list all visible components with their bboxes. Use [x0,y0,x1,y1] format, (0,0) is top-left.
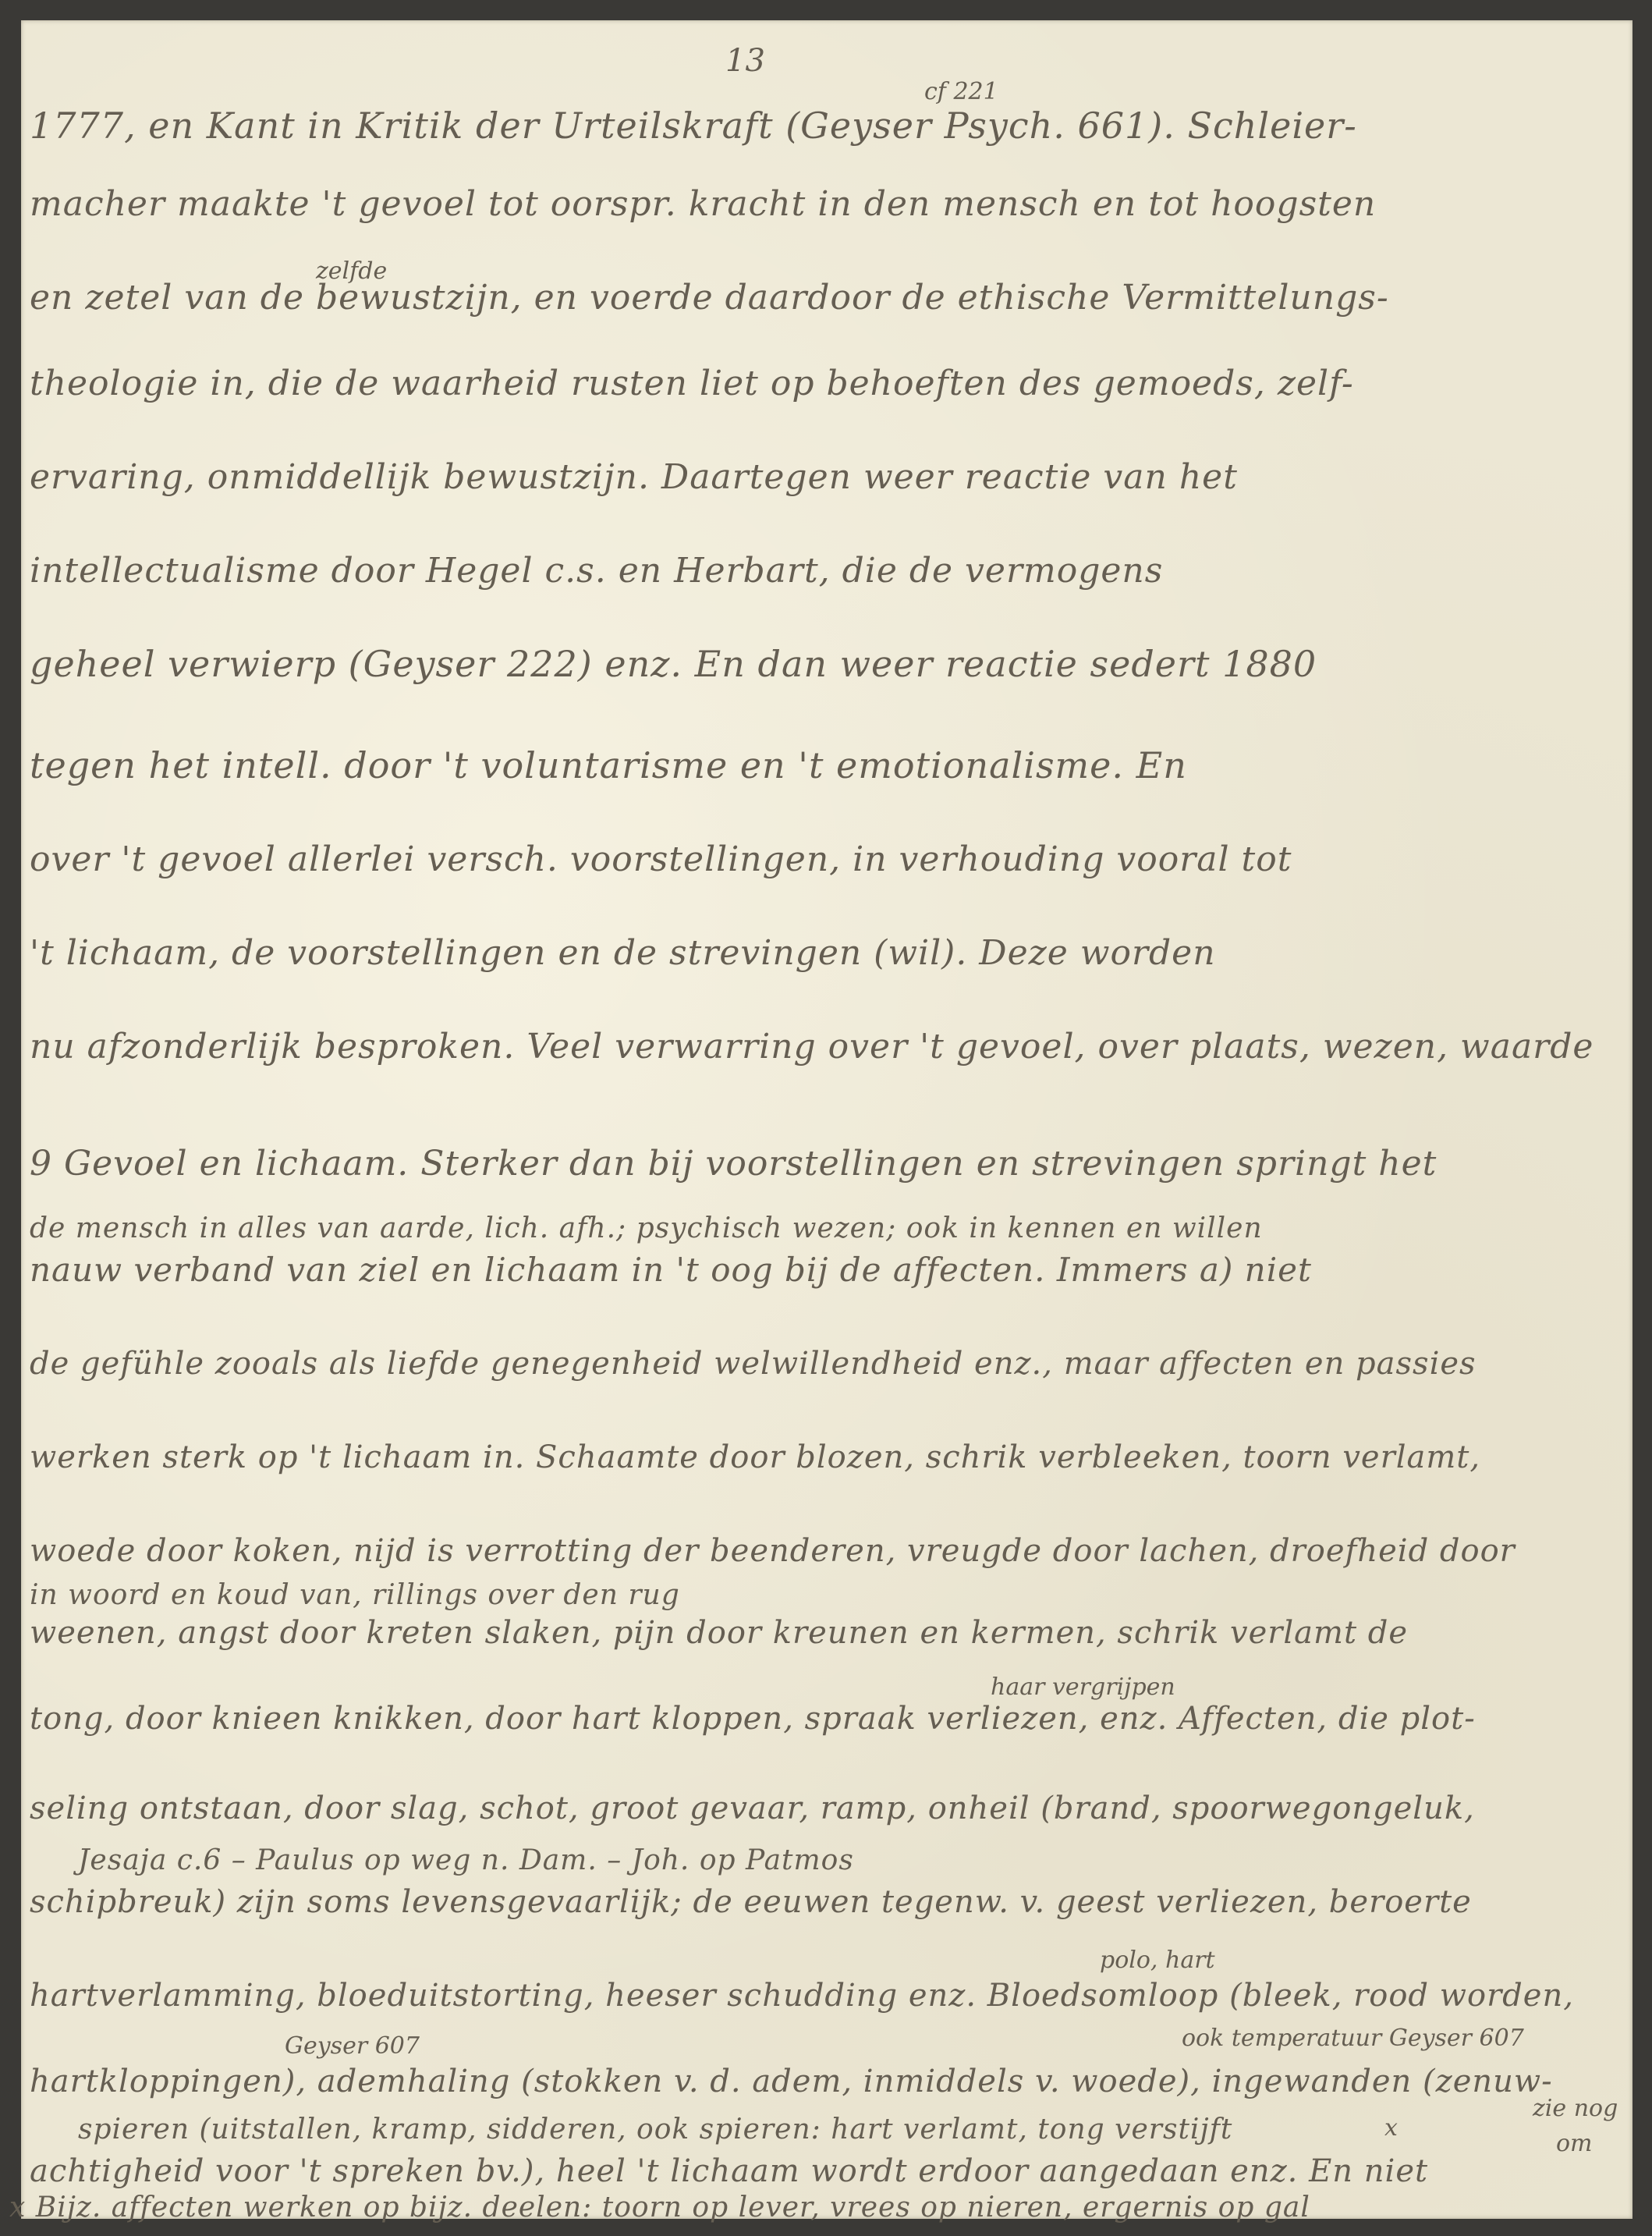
handwritten-line: macher maakte 't gevoel tot oorspr. krac… [30,184,1376,224]
handwritten-line: de gefühle zooals als liefde genegenheid… [30,1346,1477,1382]
interlinear-annotation: om [1556,2130,1593,2157]
interlinear-annotation: cf 221 [924,78,998,105]
interlinear-annotation: ook temperatuur Geyser 607 [1182,2025,1524,2052]
interlinear-annotation: zelfde [316,257,387,285]
handwritten-line: en zetel van de bewustzijn, en voerde da… [30,278,1389,318]
handwritten-line: spieren (uitstallen, kramp, sidderen, oo… [78,2114,1232,2145]
handwritten-line: x Bijz. affecten werken op bijz. deelen:… [9,2192,1310,2224]
handwritten-line: nauw verband van ziel en lichaam in 't o… [30,1251,1312,1289]
handwritten-line: seling ontstaan, door slag, schot, groot… [30,1791,1475,1826]
handwritten-line: ervaring, onmiddellijk bewustzijn. Daart… [30,457,1238,497]
handwritten-line: 1777, en Kant in Kritik der Urteilskraft… [30,105,1357,147]
interlinear-annotation: Geyser 607 [285,2032,420,2060]
handwritten-line: hartverlamming, bloeduitstorting, heeser… [30,1978,1574,2014]
handwritten-line: Jesaja c.6 – Paulus op weg n. Dam. – Joh… [78,1844,854,1876]
handwritten-line: geheel verwierp (Geyser 222) enz. En dan… [30,643,1317,685]
handwritten-line: woede door koken, nijd is verrotting der… [30,1533,1516,1569]
interlinear-annotation: polo, hart [1100,1947,1215,1974]
handwritten-line: in woord en koud van, rillings over den … [30,1579,680,1611]
handwritten-line: achtigheid voor 't spreken bv.), heel 't… [30,2153,1428,2189]
page-number: 13 [725,43,765,79]
handwritten-line: 9 Gevoel en lichaam. Sterker dan bij voo… [30,1144,1437,1184]
handwritten-line: nu afzonderlijk besproken. Veel verwarri… [30,1027,1594,1067]
handwritten-line: 't lichaam, de voorstellingen en de stre… [30,933,1216,973]
handwritten-line: hartkloppingen), ademhaling (stokken v. … [30,2064,1553,2099]
handwritten-line: theologie in, die de waarheid rusten lie… [30,364,1354,403]
handwritten-line: schipbreuk) zijn soms levensgevaarlijk; … [30,1884,1472,1920]
handwritten-line: werken sterk op 't lichaam in. Schaamte … [30,1439,1480,1475]
handwritten-line: over 't gevoel allerlei versch. voorstel… [30,839,1292,879]
handwritten-line: weenen, angst door kreten slaken, pijn d… [30,1615,1408,1651]
handwritten-line: intellectualisme door Hegel c.s. en Herb… [30,551,1163,591]
handwritten-line: tegen het intell. door 't voluntarisme e… [30,744,1187,786]
interlinear-annotation: x [1384,2114,1398,2142]
handwritten-line: de mensch in alles van aarde, lich. afh.… [30,1212,1263,1244]
interlinear-annotation: zie nog [1533,2095,1618,2122]
interlinear-annotation: haar vergrijpen [991,1673,1175,1701]
handwritten-line: tong, door knieen knikken, door hart klo… [30,1701,1476,1737]
